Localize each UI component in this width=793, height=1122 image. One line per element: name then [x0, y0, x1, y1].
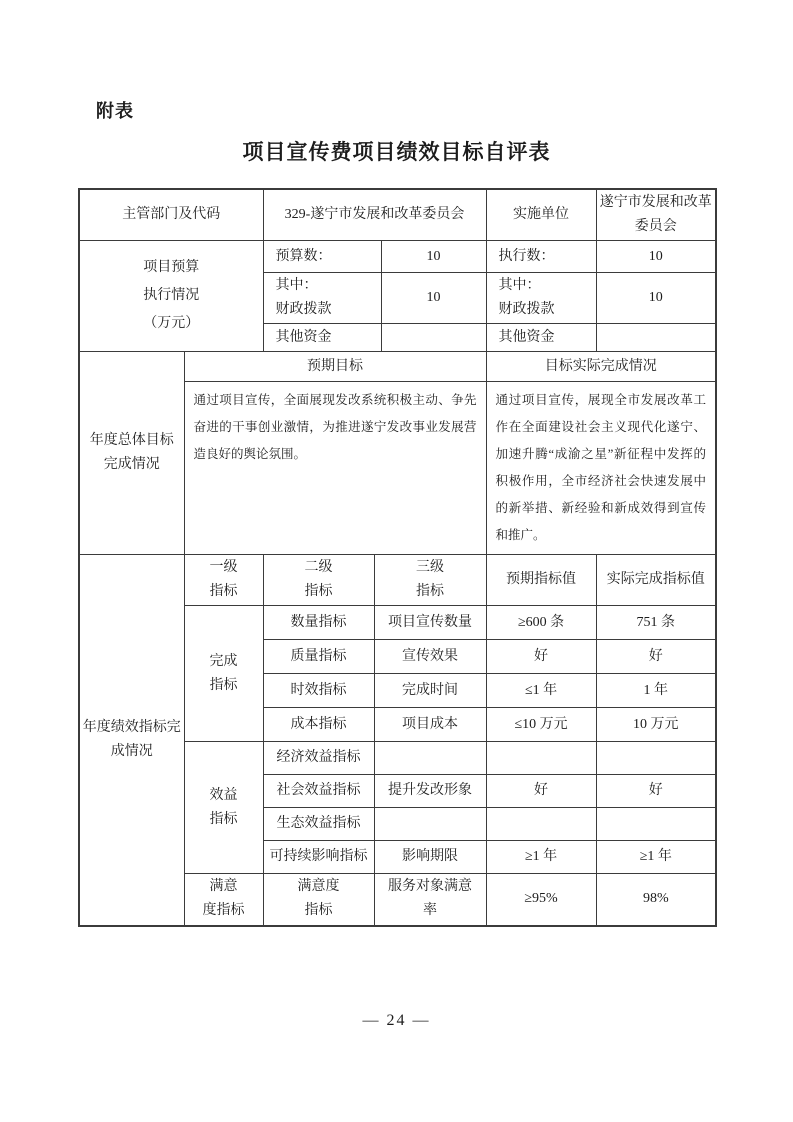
budget-value-cell: 10 [381, 241, 486, 273]
table-row: 年度总体目标 完成情况 预期目标 目标实际完成情况 [79, 352, 716, 382]
annex-label: 附表 [96, 97, 134, 123]
actual-value-cell: 好 [596, 775, 716, 808]
actual-goal-header-cell: 目标实际完成情况 [486, 352, 716, 382]
level2-cell: 质量指标 [263, 640, 374, 674]
budget-value-cell: 10 [381, 273, 486, 324]
expected-value-cell: ≥1 年 [486, 841, 596, 874]
goals-section-label-cell: 年度总体目标 完成情况 [79, 352, 184, 555]
actual-value-cell: 好 [596, 640, 716, 674]
empty-cell [596, 808, 716, 841]
expected-value-cell: ≤1 年 [486, 674, 596, 708]
level1-group-cell: 效益 指标 [184, 742, 263, 874]
performance-self-eval-table: 主管部门及代码 329-遂宁市发展和改革委员会 实施单位 遂宁市发展和改革 委员… [78, 188, 717, 927]
empty-cell [596, 742, 716, 775]
table-row: 年度绩效指标完 成情况 一级 指标 二级 指标 三级 指标 预期指标值 实际完成… [79, 555, 716, 606]
actual-value-cell: 751 条 [596, 606, 716, 640]
level2-header-cell: 二级 指标 [263, 555, 374, 606]
budget-section-label-cell: 项目预算 执行情况 （万元） [79, 241, 263, 352]
table-row: 主管部门及代码 329-遂宁市发展和改革委员会 实施单位 遂宁市发展和改革 委员… [79, 189, 716, 241]
page-title: 项目宣传费项目绩效目标自评表 [0, 136, 793, 166]
level2-cell: 数量指标 [263, 606, 374, 640]
dept-label-cell: 主管部门及代码 [79, 189, 263, 241]
expected-goal-header-cell: 预期目标 [184, 352, 486, 382]
expected-value-cell: 好 [486, 640, 596, 674]
indicators-section-label-cell: 年度绩效指标完 成情况 [79, 555, 184, 926]
level2-cell: 经济效益指标 [263, 742, 374, 775]
dept-code-value-cell: 329-遂宁市发展和改革委员会 [263, 189, 486, 241]
level3-cell: 提升发改形象 [374, 775, 486, 808]
empty-cell [596, 324, 716, 352]
level1-group-cell: 完成 指标 [184, 606, 263, 742]
budget-label-cell: 其中： 财政拨款 [486, 273, 596, 324]
page-number: — 24 — [0, 1012, 793, 1030]
empty-cell [374, 742, 486, 775]
actual-value-cell: 1 年 [596, 674, 716, 708]
expected-value-cell: ≥95% [486, 874, 596, 926]
actual-value-cell: 10 万元 [596, 708, 716, 742]
actual-value-cell: ≥1 年 [596, 841, 716, 874]
actual-value-cell: 98% [596, 874, 716, 926]
level2-cell: 社会效益指标 [263, 775, 374, 808]
level2-cell: 满意度 指标 [263, 874, 374, 926]
unit-label-cell: 实施单位 [486, 189, 596, 241]
level1-header-cell: 一级 指标 [184, 555, 263, 606]
budget-value-cell: 10 [596, 273, 716, 324]
empty-cell [374, 808, 486, 841]
unit-value-cell: 遂宁市发展和改革 委员会 [596, 189, 716, 241]
budget-value-cell: 10 [596, 241, 716, 273]
expected-value-cell: 好 [486, 775, 596, 808]
level3-cell: 宣传效果 [374, 640, 486, 674]
expected-goal-text-cell: 通过项目宣传，全面展现发改系统积极主动、争先奋进的干事创业激情，为推进遂宁发改事… [184, 382, 486, 555]
level3-cell: 完成时间 [374, 674, 486, 708]
level3-cell: 项目宣传数量 [374, 606, 486, 640]
level2-cell: 成本指标 [263, 708, 374, 742]
budget-label-cell: 预算数： [263, 241, 381, 273]
level2-cell: 时效指标 [263, 674, 374, 708]
empty-cell [486, 742, 596, 775]
level1-group-cell: 满意 度指标 [184, 874, 263, 926]
level3-header-cell: 三级 指标 [374, 555, 486, 606]
budget-label-cell: 其中： 财政拨款 [263, 273, 381, 324]
empty-cell [486, 808, 596, 841]
budget-label-cell: 执行数： [486, 241, 596, 273]
expected-value-cell: ≥600 条 [486, 606, 596, 640]
actual-value-header-cell: 实际完成指标值 [596, 555, 716, 606]
document-page: 附表 项目宣传费项目绩效目标自评表 主管部门及代码 329-遂宁市发展和改革委员… [0, 0, 793, 1122]
level2-cell: 生态效益指标 [263, 808, 374, 841]
expected-value-header-cell: 预期指标值 [486, 555, 596, 606]
level3-cell: 项目成本 [374, 708, 486, 742]
budget-label-cell: 其他资金 [263, 324, 381, 352]
level3-cell: 服务对象满意 率 [374, 874, 486, 926]
actual-goal-text-cell: 通过项目宣传，展现全市发展改革工作在全面建设社会主义现代化遂宁、加速升腾“成渝之… [486, 382, 716, 555]
expected-value-cell: ≤10 万元 [486, 708, 596, 742]
empty-cell [381, 324, 486, 352]
level2-cell: 可持续影响指标 [263, 841, 374, 874]
level3-cell: 影响期限 [374, 841, 486, 874]
budget-label-cell: 其他资金 [486, 324, 596, 352]
table-row: 项目预算 执行情况 （万元） 预算数： 10 执行数： 10 [79, 241, 716, 273]
